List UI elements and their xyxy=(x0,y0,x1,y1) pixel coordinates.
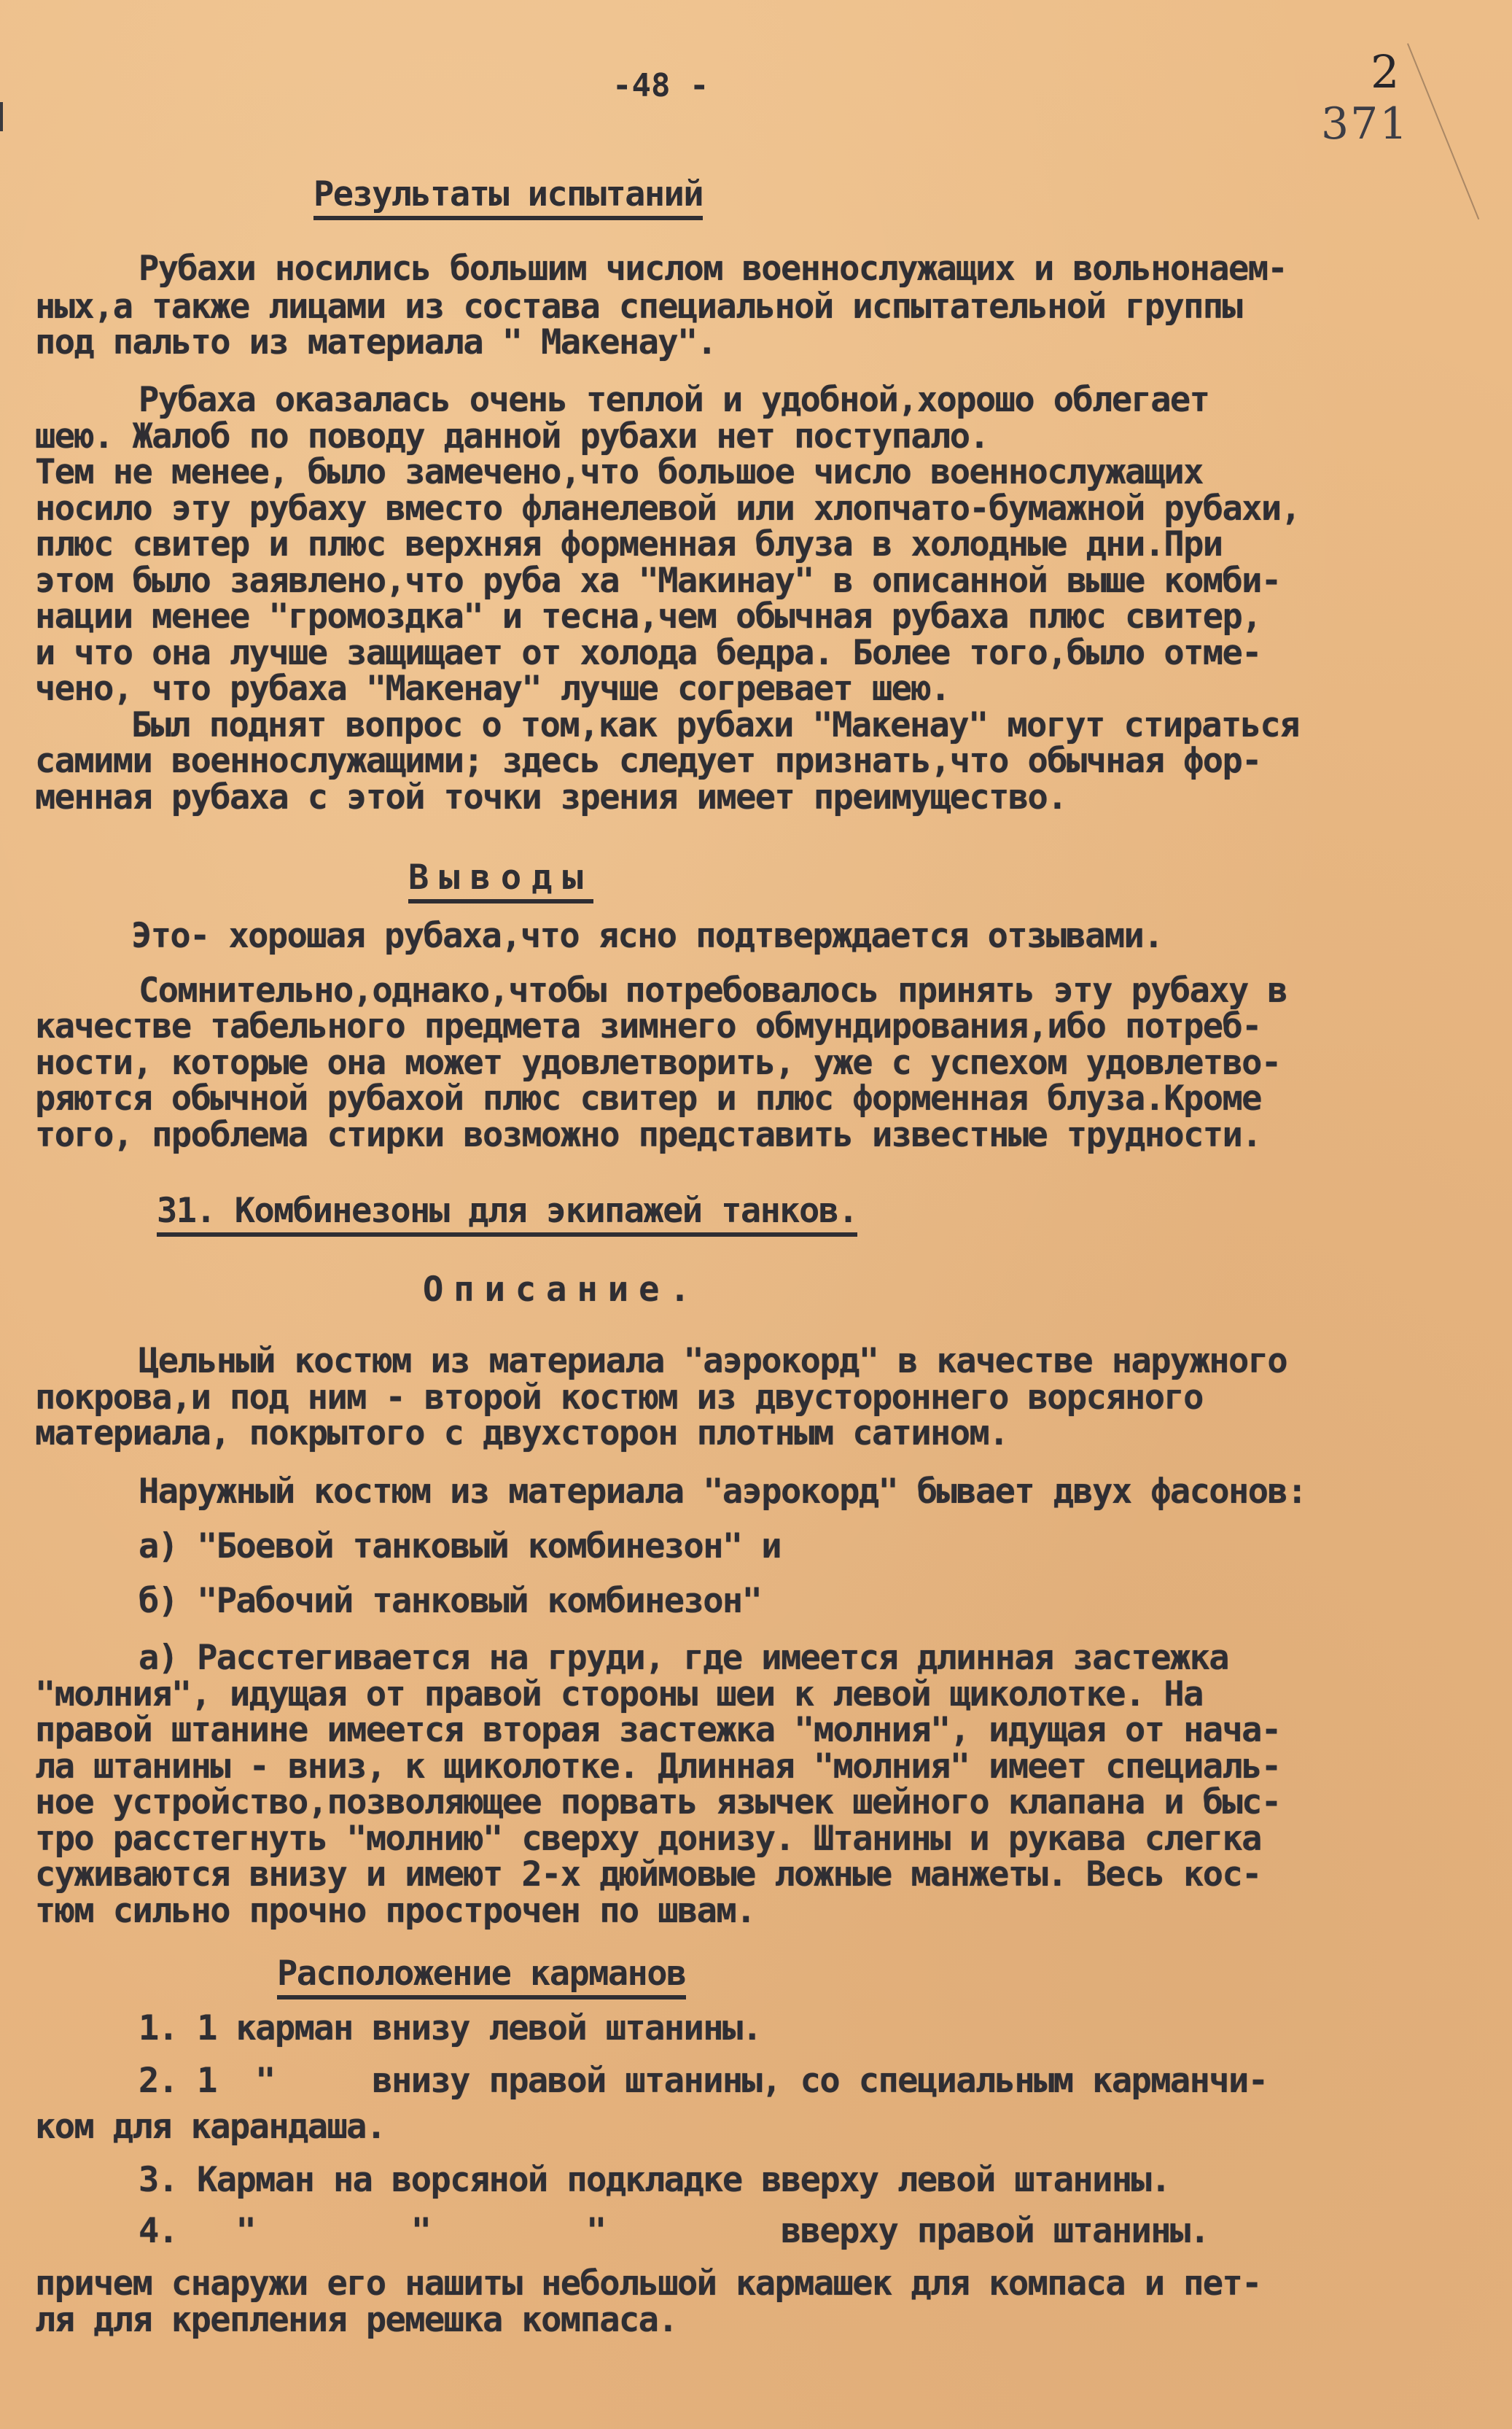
archive-file-number: 371 xyxy=(1321,98,1409,149)
results-line: шею. Жалоб по поводу данной рубахи нет п… xyxy=(35,419,989,454)
margin-mark xyxy=(0,102,3,131)
results-line: Рубаха оказалась очень теплой и удобной,… xyxy=(139,383,1209,417)
archive-sheet-number: 2 xyxy=(1371,45,1399,98)
results-line: нации менее "громоздка" и тесна,чем обыч… xyxy=(35,599,1261,634)
results-line: менная рубаха с этой точки зрения имеет … xyxy=(35,780,1067,815)
results-line: ных,а также лицами из состава специально… xyxy=(35,289,1242,324)
description-line: а) "Боевой танковый комбинезон" и xyxy=(139,1529,781,1563)
pockets-line: 4. " " " вверху правой штанины. xyxy=(139,2214,1209,2248)
description-line: б) "Рабочий танковый комбинезон" xyxy=(139,1584,761,1618)
description-line: тюм сильно прочно прострочен по швам. xyxy=(35,1894,755,1928)
results-line: самими военнослужащими; здесь следует пр… xyxy=(35,744,1261,778)
description-line: Цельный костюм из материала "аэрокорд" в… xyxy=(139,1344,1287,1378)
conclusions-line: ности, которые она может удовлетворить, … xyxy=(35,1046,1281,1080)
pockets-line: 3. Карман на ворсяной подкладке вверху л… xyxy=(139,2163,1170,2197)
conclusions-line: Сомнительно,однако,чтобы потребовалось п… xyxy=(139,973,1287,1008)
description-line: ла штанины - вниз, к щиколотке. Длинная … xyxy=(35,1749,1281,1784)
description-line: а) Расстегивается на груди, где имеется … xyxy=(139,1641,1228,1675)
pockets-line: ля для крепления ремешка компаса. xyxy=(35,2303,677,2337)
results-line: носило эту рубаху вместо фланелевой или … xyxy=(35,491,1300,526)
description-line: суживаются внизу и имеют 2-х дюймовые ло… xyxy=(35,1857,1261,1892)
conclusions-line: того, проблема стирки возможно представи… xyxy=(35,1118,1261,1152)
description-line: материала, покрытого с двухсторон плотны… xyxy=(35,1416,1008,1450)
description-heading: Описание. xyxy=(423,1272,701,1307)
item-heading: 31. Комбинезоны для экипажей танков. xyxy=(157,1194,857,1237)
conclusions-line: Это- хорошая рубаха,что ясно подтверждае… xyxy=(131,919,1163,953)
conclusions-heading: Выводы xyxy=(408,860,593,903)
results-line: Тем не менее, было замечено,что большое … xyxy=(35,455,1203,489)
description-line: тро расстегнуть "молнию" сверху донизу. … xyxy=(35,1822,1261,1856)
results-line: чено, что рубаха "Макенау" лучше согрева… xyxy=(35,672,950,706)
pockets-line: 1. 1 карман внизу левой штанины. xyxy=(139,2011,761,2045)
description-line: Наружный костюм из материала "аэрокорд" … xyxy=(139,1474,1306,1509)
results-line: и что она лучше защищает от холода бедра… xyxy=(35,636,1261,670)
description-line: ное устройство,позволяющее порвать языче… xyxy=(35,1785,1281,1819)
pockets-line: ком для карандаша. xyxy=(35,2110,386,2144)
description-line: покрова,и под ним - второй костюм из дву… xyxy=(35,1380,1203,1415)
results-heading: Результаты испытаний xyxy=(313,177,703,220)
pockets-line: причем снаружи его нашиты небольшой карм… xyxy=(35,2266,1261,2301)
description-line: "молния", идущая от правой стороны шеи к… xyxy=(35,1677,1203,1711)
pockets-line: 2. 1 " внизу правой штанины, со специаль… xyxy=(139,2064,1267,2098)
results-line: Рубахи носились большим числом военнослу… xyxy=(139,252,1287,286)
page-number: -48 - xyxy=(612,67,709,104)
results-line: Был поднят вопрос о том,как рубахи "Маке… xyxy=(131,708,1299,742)
description-line: правой штанине имеется вторая застежка "… xyxy=(35,1713,1281,1747)
conclusions-line: ряются обычной рубахой плюс свитер и плю… xyxy=(35,1081,1261,1116)
results-line: плюс свитер и плюс верхняя форменная блу… xyxy=(35,527,1222,561)
results-line: этом было заявлено,что руба ха "Макинау"… xyxy=(35,564,1281,598)
results-line: под пальто из материала " Макенау". xyxy=(35,325,716,360)
pockets-heading: Расположение карманов xyxy=(277,1956,686,1999)
conclusions-line: качестве табельного предмета зимнего обм… xyxy=(35,1009,1261,1044)
